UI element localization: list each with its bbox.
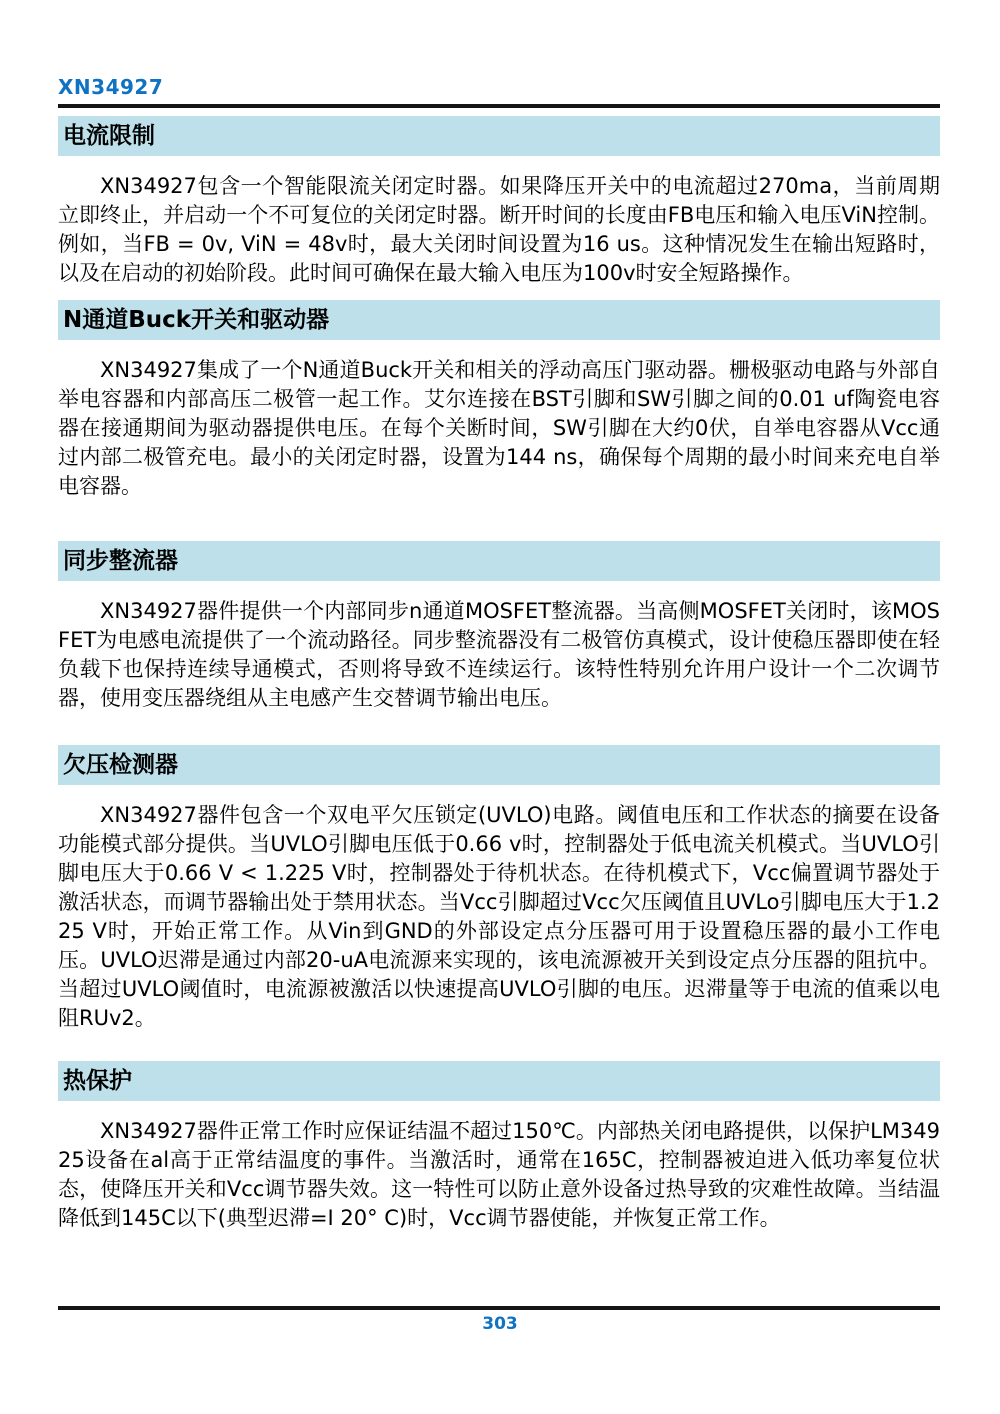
section-heading: 同步整流器 bbox=[63, 550, 178, 573]
datasheet-page: XN34927 电流限制 XN34927包含一个智能限流关闭定时器。如果降压开关… bbox=[0, 0, 1000, 1414]
section-heading-bar-thermal-protection: 热保护 bbox=[58, 1061, 940, 1101]
page-content: XN34927 电流限制 XN34927包含一个智能限流关闭定时器。如果降压开关… bbox=[0, 0, 1000, 1233]
section-heading-bar-sync-rectifier: 同步整流器 bbox=[58, 541, 940, 581]
section-paragraph: XN34927器件提供一个内部同步n通道MOSFET整流器。当高侧MOSFET关… bbox=[58, 597, 940, 713]
footer-rule bbox=[58, 1306, 940, 1310]
part-number-header: XN34927 bbox=[58, 76, 940, 98]
section-paragraph: XN34927集成了一个N通道Buck开关和相关的浮动高压门驱动器。栅极驱动电路… bbox=[58, 356, 940, 501]
section-heading: 欠压检测器 bbox=[63, 754, 178, 777]
section-paragraph: XN34927器件正常工作时应保证结温不超过150℃。内部热关闭电路提供，以保护… bbox=[58, 1117, 940, 1233]
page-number: 303 bbox=[0, 1314, 1000, 1334]
section-heading-bar-current-limit: 电流限制 bbox=[58, 116, 940, 156]
section-heading: N通道Buck开关和驱动器 bbox=[63, 309, 329, 332]
header-rule bbox=[58, 104, 940, 108]
section-heading-bar-undervoltage-detector: 欠压检测器 bbox=[58, 745, 940, 785]
section-paragraph: XN34927器件包含一个双电平欠压锁定(UVLO)电路。阈值电压和工作状态的摘… bbox=[58, 801, 940, 1033]
section-heading: 热保护 bbox=[63, 1070, 132, 1093]
section-paragraph: XN34927包含一个智能限流关闭定时器。如果降压开关中的电流超过270ma，当… bbox=[58, 172, 940, 288]
section-heading: 电流限制 bbox=[63, 125, 155, 148]
section-heading-bar-buck-switch: N通道Buck开关和驱动器 bbox=[58, 300, 940, 340]
